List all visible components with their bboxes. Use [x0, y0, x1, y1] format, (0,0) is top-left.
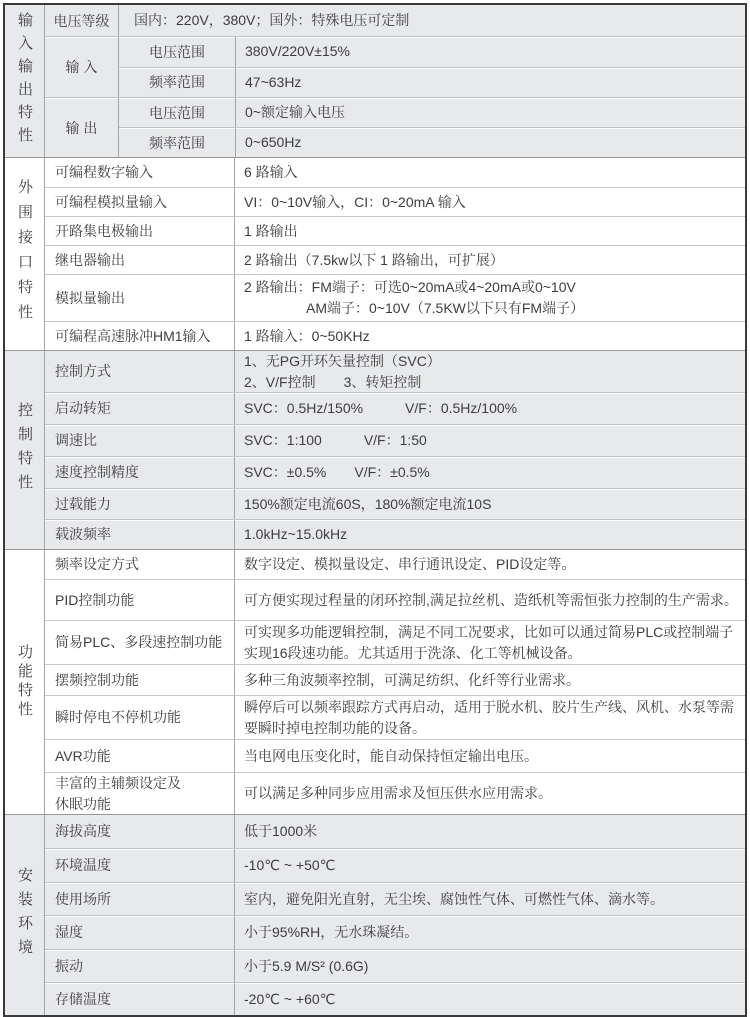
section-function-body: 频率设定方式 数字设定、模拟量设定、串行通讯设定、PID设定等。 PID控制功能… — [45, 550, 745, 814]
spec-value: 数字设定、模拟量设定、串行通讯设定、PID设定等。 — [235, 550, 745, 579]
input-group-rows: 电压范围 380V/220V±15% 频率范围 47~63Hz — [119, 37, 745, 97]
spec-label: 过载能力 — [45, 489, 235, 519]
spec-label: 电压范围 — [119, 37, 236, 67]
spec-label: 简易PLC、多段速控制功能 — [45, 621, 235, 664]
spec-value: 47~63Hz — [236, 68, 745, 98]
spec-value: SVC：0.5Hz/150% V/F：0.5Hz/100% — [235, 393, 745, 424]
spec-row: 可编程模拟量输入 VI：0~10V输入，CI：0~20mA 输入 — [45, 187, 745, 216]
spec-value: 当电网电压变化时，能自动保持恒定输出电压。 — [235, 740, 745, 772]
spec-value: 0~650Hz — [236, 128, 745, 157]
spec-row: 频率范围 47~63Hz — [119, 67, 745, 98]
spec-label: 可编程数字输入 — [45, 158, 235, 187]
spec-row: 海拔高度 低于1000米 — [45, 815, 745, 848]
spec-row: 使用场所 室内，避免阳光直射，无尘埃、腐蚀性气体、可燃性气体、滴水等。 — [45, 882, 745, 915]
category-label-peripheral: 外围接口特性 — [14, 179, 35, 329]
category-label-io: 输入输出特性 — [14, 12, 35, 150]
spec-value: 1 路输出 — [235, 217, 745, 245]
spec-value: VI：0~10V输入，CI：0~20mA 输入 — [235, 188, 745, 216]
spec-label: 振动 — [45, 950, 235, 982]
spec-value: 150%额定电流60S，180%额定电流10S — [235, 489, 745, 519]
category-cell-control: 控制特性 — [5, 351, 45, 549]
section-peripheral: 外围接口特性 可编程数字输入 6 路输入 可编程模拟量输入 VI：0~10V输入… — [5, 157, 745, 350]
value-line-2: AM端子：0~10V（7.5KW以下只有FM端子） — [244, 298, 584, 319]
spec-label: 丰富的主辅频设定及 休眠功能 — [45, 773, 235, 814]
group-label: 输 入 — [45, 37, 119, 97]
spec-label: 控制方式 — [45, 351, 235, 392]
spec-label: 摆频控制功能 — [45, 665, 235, 695]
spec-label: 可编程模拟量输入 — [45, 188, 235, 216]
spec-label: 频率设定方式 — [45, 550, 235, 579]
spec-value: 国内：220V，380V；国外：特殊电压可定制 — [119, 5, 745, 36]
spec-row: 模拟量输出 2 路输出：FM端子：可选0~20mA或4~20mA或0~10V A… — [45, 274, 745, 321]
spec-value: 2 路输出：FM端子：可选0~20mA或4~20mA或0~10V AM端子：0~… — [235, 275, 745, 321]
output-group-rows: 电压范围 0~额定输入电压 频率范围 0~650Hz — [119, 98, 745, 157]
spec-label: 电压等级 — [45, 5, 119, 36]
spec-value: 6 路输入 — [235, 158, 745, 187]
spec-value: -20℃ ~ +60℃ — [235, 983, 745, 1015]
spec-row: 启动转矩 SVC：0.5Hz/150% V/F：0.5Hz/100% — [45, 392, 745, 424]
spec-value: 1.0kHz~15.0kHz — [235, 520, 745, 549]
spec-label: 模拟量输出 — [45, 275, 235, 321]
category-cell-peripheral: 外围接口特性 — [5, 158, 45, 350]
spec-value: SVC：1:100 V/F：1:50 — [235, 425, 745, 456]
spec-label: 频率范围 — [119, 68, 236, 98]
spec-label: 海拔高度 — [45, 815, 235, 848]
spec-value: 1、无PG开环矢量控制（SVC） 2、V/F控制 3、转矩控制 — [235, 351, 745, 392]
category-cell-io: 输入输出特性 — [5, 5, 45, 157]
section-function: 功能特性 频率设定方式 数字设定、模拟量设定、串行通讯设定、PID设定等。 PI… — [5, 549, 745, 814]
spec-label: 速度控制精度 — [45, 457, 235, 488]
section-io-body: 电压等级 国内：220V，380V；国外：特殊电压可定制 输 入 电压范围 38… — [45, 5, 745, 157]
spec-value: 2 路输出（7.5kw以下 1 路输出，可扩展） — [235, 246, 745, 274]
spec-row: 电压范围 380V/220V±15% — [119, 37, 745, 67]
spec-value: 可以满足多种同步应用需求及恒压供水应用需求。 — [235, 773, 745, 814]
spec-row: 频率设定方式 数字设定、模拟量设定、串行通讯设定、PID设定等。 — [45, 550, 745, 579]
spec-row: 丰富的主辅频设定及 休眠功能 可以满足多种同步应用需求及恒压供水应用需求。 — [45, 772, 745, 814]
spec-label: 调速比 — [45, 425, 235, 456]
spec-value: 瞬停后可以频率跟踪方式再启动，适用于脱水机、胶片生产线、风机、水泵等需要瞬时掉电… — [235, 696, 745, 739]
category-label-environment: 安装环境 — [14, 867, 35, 963]
output-group: 输 出 电压范围 0~额定输入电压 频率范围 0~650Hz — [45, 97, 745, 157]
spec-label: 电压范围 — [119, 98, 236, 127]
spec-label: 使用场所 — [45, 883, 235, 915]
spec-label: 存储温度 — [45, 983, 235, 1015]
spec-value: 小于95%RH，无水珠凝结。 — [235, 916, 745, 949]
spec-row: 环境温度 -10℃ ~ +50℃ — [45, 848, 745, 882]
spec-row: 继电器输出 2 路输出（7.5kw以下 1 路输出，可扩展） — [45, 245, 745, 274]
spec-value: SVC：±0.5% V/F：±0.5% — [235, 457, 745, 488]
spec-value: 室内，避免阳光直射，无尘埃、腐蚀性气体、可燃性气体、滴水等。 — [235, 883, 745, 915]
spec-label: 开路集电极输出 — [45, 217, 235, 245]
spec-label: 湿度 — [45, 916, 235, 949]
spec-row: 可编程数字输入 6 路输入 — [45, 158, 745, 187]
spec-row: 电压范围 0~额定输入电压 — [119, 98, 745, 127]
spec-row: 摆频控制功能 多种三角波频率控制，可满足纺织、化纤等行业需求。 — [45, 664, 745, 695]
spec-value: 小于5.9 M/S² (0.6G) — [235, 950, 745, 982]
category-cell-function: 功能特性 — [5, 550, 45, 814]
value-line-2: 2、V/F控制 3、转矩控制 — [244, 372, 421, 393]
spec-row: 振动 小于5.9 M/S² (0.6G) — [45, 949, 745, 982]
spec-value: 多种三角波频率控制，可满足纺织、化纤等行业需求。 — [235, 665, 745, 695]
spec-value: 380V/220V±15% — [236, 37, 745, 67]
spec-label: 继电器输出 — [45, 246, 235, 274]
value-line-1: 2 路输出：FM端子：可选0~20mA或4~20mA或0~10V — [244, 277, 576, 298]
section-control-body: 控制方式 1、无PG开环矢量控制（SVC） 2、V/F控制 3、转矩控制 启动转… — [45, 351, 745, 549]
spec-row: 速度控制精度 SVC：±0.5% V/F：±0.5% — [45, 456, 745, 488]
spec-row: 过载能力 150%额定电流60S，180%额定电流10S — [45, 488, 745, 519]
spec-label: 可编程高速脉冲HM1输入 — [45, 322, 235, 350]
spec-row: PID控制功能 可方便实现过程量的闭环控制,满足拉丝机、造纸机等需恒张力控制的生… — [45, 579, 745, 620]
spec-row: 可编程高速脉冲HM1输入 1 路输入：0~50KHz — [45, 321, 745, 350]
spec-row: 湿度 小于95%RH，无水珠凝结。 — [45, 915, 745, 949]
value-line-1: 1、无PG开环矢量控制（SVC） — [244, 351, 441, 372]
spec-value: 可实现多功能逻辑控制，满足不同工况要求，比如可以通过简易PLC或控制端子实现16… — [235, 621, 745, 664]
input-group: 输 入 电压范围 380V/220V±15% 频率范围 47~63Hz — [45, 36, 745, 97]
spec-row: AVR功能 当电网电压变化时，能自动保持恒定输出电压。 — [45, 739, 745, 772]
category-label-control: 控制特性 — [14, 402, 35, 498]
spec-row: 频率范围 0~650Hz — [119, 127, 745, 157]
spec-label: 环境温度 — [45, 849, 235, 882]
spec-label: AVR功能 — [45, 740, 235, 772]
spec-row: 存储温度 -20℃ ~ +60℃ — [45, 982, 745, 1015]
category-label-function: 功能特性 — [14, 644, 35, 720]
spec-value: 0~额定输入电压 — [236, 98, 745, 127]
spec-row: 开路集电极输出 1 路输出 — [45, 216, 745, 245]
section-environment: 安装环境 海拔高度 低于1000米 环境温度 -10℃ ~ +50℃ 使用场所 … — [5, 814, 745, 1015]
category-cell-environment: 安装环境 — [5, 815, 45, 1015]
spec-label: 瞬时停电不停机功能 — [45, 696, 235, 739]
spec-row: 调速比 SVC：1:100 V/F：1:50 — [45, 424, 745, 456]
spec-row: 控制方式 1、无PG开环矢量控制（SVC） 2、V/F控制 3、转矩控制 — [45, 351, 745, 392]
section-environment-body: 海拔高度 低于1000米 环境温度 -10℃ ~ +50℃ 使用场所 室内，避免… — [45, 815, 745, 1015]
spec-row: 载波频率 1.0kHz~15.0kHz — [45, 519, 745, 549]
group-label: 输 出 — [45, 98, 119, 157]
spec-table: 输入输出特性 电压等级 国内：220V，380V；国外：特殊电压可定制 输 入 … — [3, 3, 747, 1017]
section-io: 输入输出特性 电压等级 国内：220V，380V；国外：特殊电压可定制 输 入 … — [5, 5, 745, 157]
spec-row: 简易PLC、多段速控制功能 可实现多功能逻辑控制，满足不同工况要求，比如可以通过… — [45, 620, 745, 664]
spec-value: 1 路输入：0~50KHz — [235, 322, 745, 350]
spec-label: 启动转矩 — [45, 393, 235, 424]
spec-value: 可方便实现过程量的闭环控制,满足拉丝机、造纸机等需恒张力控制的生产需求。 — [235, 580, 745, 620]
spec-row: 电压等级 国内：220V，380V；国外：特殊电压可定制 — [45, 5, 745, 36]
spec-value: -10℃ ~ +50℃ — [235, 849, 745, 882]
spec-value: 低于1000米 — [235, 815, 745, 848]
section-control: 控制特性 控制方式 1、无PG开环矢量控制（SVC） 2、V/F控制 3、转矩控… — [5, 350, 745, 549]
spec-label: 载波频率 — [45, 520, 235, 549]
spec-label: PID控制功能 — [45, 580, 235, 620]
spec-row: 瞬时停电不停机功能 瞬停后可以频率跟踪方式再启动，适用于脱水机、胶片生产线、风机… — [45, 695, 745, 739]
section-peripheral-body: 可编程数字输入 6 路输入 可编程模拟量输入 VI：0~10V输入，CI：0~2… — [45, 158, 745, 350]
spec-label: 频率范围 — [119, 128, 236, 157]
